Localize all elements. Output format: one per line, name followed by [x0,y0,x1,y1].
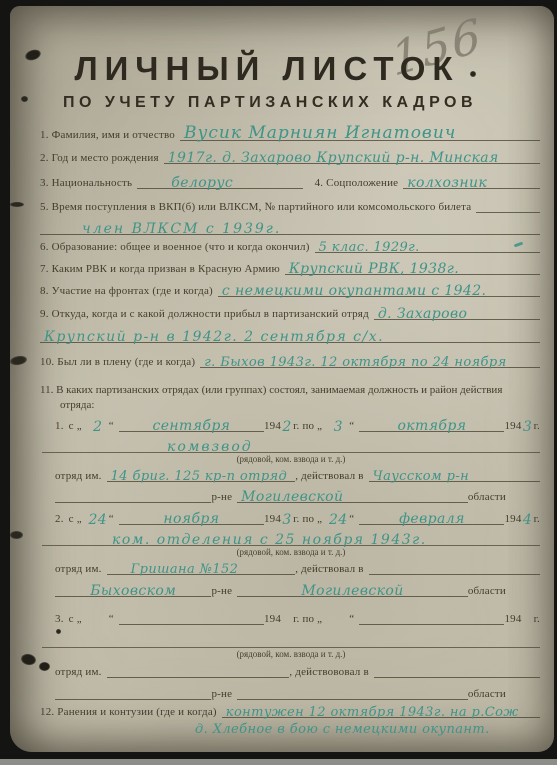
printed-text: с „ [69,513,87,525]
handwritten-region: Могилевской [301,584,403,598]
district-underline [55,502,211,503]
printed-text: “ [349,513,359,525]
printed-text: г. по „ [293,613,327,625]
printed-text: отряд им. [55,666,107,678]
handwritten-day: 3 [327,420,349,434]
field-underline [476,212,540,213]
ink-dot [470,71,476,77]
printed-text: отряд им. [55,563,107,575]
printed-text: , действовал в [295,563,368,575]
month-underline: февраля [359,510,504,525]
position-underline: ком. отделения с 25 ноября 1943г. [42,527,540,546]
ink-smudge [21,96,28,102]
printed-text: г. [534,513,540,525]
service-entry-region: р-не области [55,680,506,700]
punch-hole [20,653,37,667]
month-underline [359,624,504,625]
field-label: 3. Национальность [40,177,137,189]
handwritten-unit: 14 бриг. 125 кр-п отряд [111,470,288,483]
field-row-party-value: член ВЛКСМ с 1939г. [40,215,540,235]
printed-text: “ [349,613,359,625]
field-label: 10. Был ли в плену (где и когда) [40,356,200,368]
printed-text: 194 [504,613,521,625]
printed-text: 194 [264,613,281,625]
handwritten-unit: Гришана №152 [131,563,239,576]
field-underline: 1917г. д. Захарово Крупский р-н. Минская [164,149,540,164]
field-label: 8. Участие на фронтах (где и когда) [40,285,218,297]
form-title: ЛИЧНЫЙ ЛИСТОК [10,50,524,88]
form-subtitle: ПО УЧЕТУ ПАРТИЗАНСКИХ КАДРОВ [10,94,530,112]
printed-text: 194 [504,420,521,432]
field-underline: Крупский р-н в 1942г. 2 сентября с/х. [40,328,540,343]
service-entry-region: р-не Могилевской области [55,483,506,503]
acted-underline: Чаусском р-н [369,468,540,482]
entry-number: 3. [55,613,69,625]
ink-smudge [9,355,27,367]
handwritten-value: белорус [171,176,233,190]
handwritten-value: 5 клас. 1929г. [319,241,420,254]
field-row-education: 6. Образование: общее и военное (что и к… [40,233,540,253]
field-label: 9. Откуда, когда и с какой должности при… [40,308,374,320]
ink-smudge [10,531,23,539]
field-label: 2. Год и место рождения [40,152,164,164]
acted-underline [374,677,540,678]
month-underline [119,624,264,625]
document-scan: 156 ЛИЧНЫЙ ЛИСТОК ПО УЧЕТУ ПАРТИЗАНСКИХ … [0,0,557,765]
service-entry-dates: 1. с „ 2 “ сентября 194 2 г. по „ 3 “ ок… [55,412,540,432]
printed-text: р-не [211,585,237,597]
handwritten-month: ноября [163,512,219,526]
handwritten-district: Быховском [90,584,176,598]
handwritten-day: 24 [87,513,109,527]
field-underline: колхозник [403,174,540,189]
handwritten-month: февраля [399,512,465,526]
punch-hole [39,662,50,671]
printed-text: г. по „ [293,513,327,525]
handwritten-month: октября [397,419,466,433]
field-row-rvk: 7. Каким РВК и когда призван в Красную А… [40,255,540,275]
unit-underline: Гришана №152 [107,561,296,575]
printed-text: г. [534,613,540,625]
printed-text: 194 [504,513,521,525]
month-underline: сентября [119,417,264,432]
entry-number: 2. [55,513,69,525]
handwritten-position: комвзвод [167,440,253,454]
handwritten-value: 1917г. д. Захарово Крупский р-н. Минская [168,151,499,165]
position-underline: комвзвод [42,434,540,453]
section11-heading: 11. В каких партизанских отрядах (или гр… [40,383,536,413]
field-label: 1. Фамилия, имя и отчество [40,129,180,141]
region-underline: Могилевской [237,582,468,597]
entry-number: 1. [55,420,69,432]
field-row-nationality-social: 3. Национальность белорус 4. Соцположени… [40,169,540,189]
printed-text: области [468,585,506,597]
printed-text: , действововал в [289,666,373,678]
field-row-birth: 2. Год и место рождения 1917г. д. Захаро… [40,144,540,164]
printed-text: с „ [69,420,87,432]
service-entry-dates: 3. с „ “ 194 г. по „ “ 194 г. [55,605,540,625]
printed-text: 194 [264,513,281,525]
printed-text: “ [349,420,359,432]
service-entry-unit: отряд им. 14 бриг. 125 кр-п отряд , дейс… [55,462,540,482]
field-underline: с немецкими окупантами с 1942. [218,282,540,297]
service-entry-region: Быховском р-не Могилевской области [55,577,506,597]
scanner-edge [0,759,557,765]
region-underline: Могилевской [237,488,468,503]
field-underline: белорус [137,174,302,189]
printed-text: г. [534,420,540,432]
field-row-surname: 1. Фамилия, имя и отчество Вусик Марниян… [40,121,540,141]
field-underline: Крупский РВК, 1938г. [285,260,540,275]
printed-text: г. по „ [293,420,327,432]
handwritten-region: Могилевской [241,490,343,504]
service-entry-dates: 2. с „ 24 “ ноября 194 3 г. по „ 24 “ фе… [55,505,540,525]
acted-underline [369,574,540,575]
form-paper: 156 ЛИЧНЫЙ ЛИСТОК ПО УЧЕТУ ПАРТИЗАНСКИХ … [10,6,554,752]
handwritten-year-digit: 3 [522,420,534,434]
handwritten-value: колхозник [407,176,487,190]
unit-underline: 14 бриг. 125 кр-п отряд [107,468,296,482]
field-label: 6. Образование: общее и военное (что и к… [40,241,315,253]
field-label: 4. Соцположение [303,177,404,189]
handwritten-day: 2 [87,420,109,434]
field-row-fronts: 8. Участие на фронтах (где и когда) с не… [40,277,540,297]
month-underline: октября [359,417,504,432]
handwritten-value: Крупский РВК, 1938г. [289,262,459,276]
field-underline: д. Захарово [374,305,540,320]
field-row-arrival-2: Крупский р-н в 1942г. 2 сентября с/х. [40,323,540,343]
printed-text: области [468,491,506,503]
ink-smudge [10,202,24,207]
field-row-captivity: 10. Был ли в плену (где и когда) г. Быхо… [40,348,540,368]
position-underline [42,629,540,648]
handwritten-value: г. Быхов 1943г. 12 октября по 24 ноября [204,356,506,369]
field-underline: 5 клас. 1929г. [315,239,540,253]
handwritten-value: Вусик Марниян Игнатович [184,125,456,142]
printed-text: , действовал в [295,470,368,482]
field-label: 5. Время поступления в ВКП(б) или ВЛКСМ,… [40,201,476,213]
printed-text: с „ [69,613,87,625]
handwritten-month: сентября [152,419,230,433]
field-underline: Вусик Марниян Игнатович [180,123,540,141]
service-entry-unit: отряд им. Гришана №152 , действовал в [55,555,540,575]
unit-underline [107,677,290,678]
district-underline: Быховском [55,582,211,597]
ink-smudge [56,629,61,634]
printed-text: 194 [264,420,281,432]
handwritten-year-digit: 3 [281,513,293,527]
field-row-party-label: 5. Время поступления в ВКП(б) или ВЛКСМ,… [40,193,540,213]
field-row-wounds-2: д. Хлебное в бою с немецкими окупант. [195,714,540,734]
printed-text: “ [109,513,119,525]
handwritten-value: с немецкими окупантами с 1942. [222,284,486,298]
handwritten-value: Крупский р-н в 1942г. 2 сентября с/х. [44,330,384,344]
handwritten-year-digit: 2 [281,420,293,434]
service-entry-unit: отряд им. , действововал в [55,658,540,678]
handwritten-year-digit: 4 [522,513,534,527]
field-underline: г. Быхов 1943г. 12 октября по 24 ноября [200,354,540,368]
printed-text: “ [109,420,119,432]
field-label: 7. Каким РВК и когда призван в Красную А… [40,263,285,275]
printed-text: “ [109,613,119,625]
printed-text: р-не [211,491,237,503]
field-row-arrival: 9. Откуда, когда и с какой должности при… [40,300,540,320]
handwritten-day: 24 [327,513,349,527]
handwritten-value: д. Хлебное в бою с немецкими окупант. [195,723,490,736]
printed-text: отряд им. [55,470,107,482]
month-underline: ноября [119,510,264,525]
handwritten-value: д. Захарово [378,307,467,321]
handwritten-position: ком. отделения с 25 ноября 1943г. [112,533,427,547]
handwritten-acted-in: Чаусском р-н [373,470,469,483]
